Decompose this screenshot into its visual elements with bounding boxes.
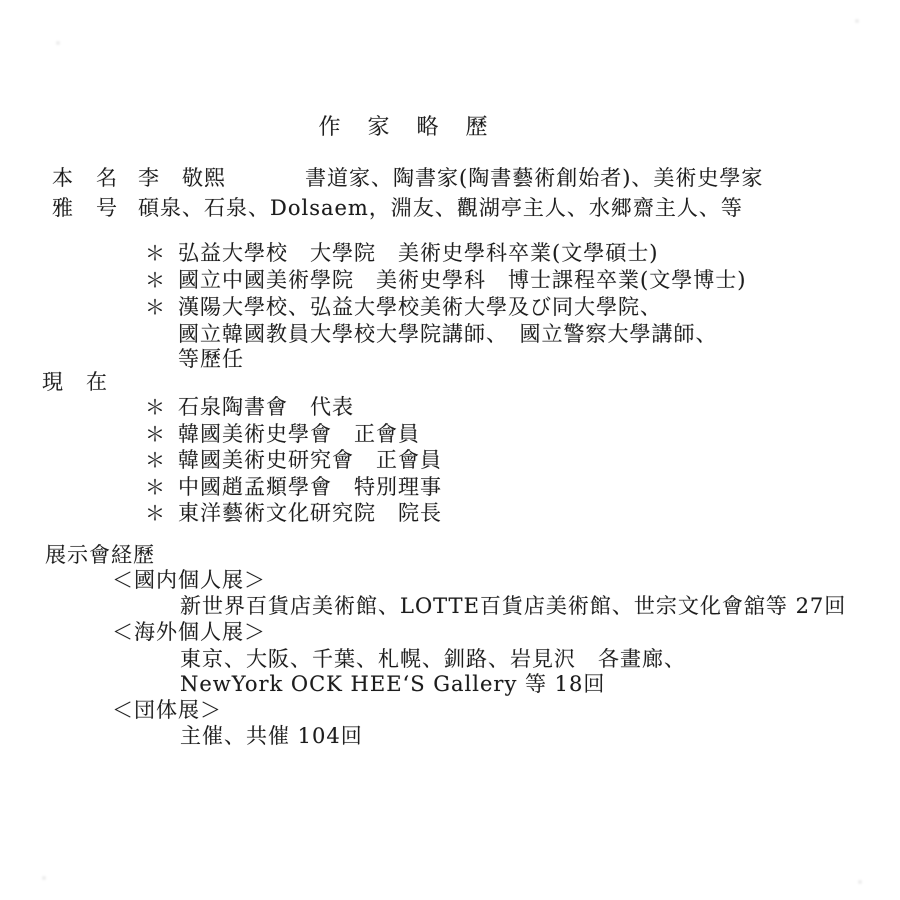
asterisk-bullet: ＊ — [145, 394, 178, 420]
exhibition-line: 東京、大阪、千葉、札幌、釧路、岩見沢 各畫廊、 — [180, 646, 686, 672]
current-item-text: 東洋藝術文化研究院 院長 — [178, 501, 442, 525]
asterisk-bullet: ＊ — [145, 421, 178, 447]
education-item-text: 漢陽大學校、弘益大學校美術大學及び同大學院、 — [178, 295, 662, 319]
pen-name-label: 雅 号 — [52, 192, 118, 222]
pen-name-value: 碩泉、石泉、Dolsaem，淵友、觀湖亭主人、水郷齋主人、等 — [138, 192, 743, 222]
current-item-text: 韓國美術史學會 正會員 — [178, 422, 420, 446]
current-item-text: 韓國美術史研究會 正會員 — [178, 448, 442, 472]
asterisk-bullet: ＊ — [145, 267, 178, 293]
education-continuation: 等歷任 — [178, 346, 244, 372]
exhibition-line: NewYork OCK HEE‘S Gallery 等 18回 — [180, 671, 605, 697]
exhibition-line: 新世界百貨店美術館、LOTTE百貨店美術館、世宗文化會舘等 27回 — [180, 593, 846, 619]
scan-artifact — [855, 19, 859, 23]
education-item-text: 弘益大學校 大學院 美術史學科卒業(文學碩士) — [178, 241, 658, 265]
page-title: 作 家 略 歷 — [0, 110, 816, 141]
scan-artifact — [42, 876, 46, 880]
real-name-value: 李 敬熙 — [138, 162, 226, 192]
scan-artifact — [56, 41, 60, 45]
exhibitions-heading: 展示會経歷 — [45, 542, 155, 568]
real-name-row: 本 名 李 敬熙 書道家、陶書家(陶書藝術創始者)、美術史學家 — [0, 162, 900, 190]
asterisk-bullet: ＊ — [145, 474, 178, 500]
real-name-roles: 書道家、陶書家(陶書藝術創始者)、美術史學家 — [305, 162, 763, 192]
exhibition-group-label-overseas: ＜海外個人展＞ — [112, 619, 266, 645]
exhibition-group-label-group-shows: ＜団体展＞ — [112, 697, 222, 723]
current-item-text: 石泉陶書會 代表 — [178, 395, 354, 419]
education-item: ＊漢陽大學校、弘益大學校美術大學及び同大學院、 — [145, 294, 662, 320]
document-page: 作 家 略 歷 本 名 李 敬熙 書道家、陶書家(陶書藝術創始者)、美術史學家 … — [0, 0, 900, 900]
education-item: ＊國立中國美術學院 美術史學科 博士課程卒業(文學博士) — [145, 267, 746, 293]
scan-artifact — [858, 880, 862, 884]
exhibition-line: 主催、共催 104回 — [180, 723, 363, 749]
current-item: ＊東洋藝術文化研究院 院長 — [145, 500, 442, 526]
asterisk-bullet: ＊ — [145, 447, 178, 473]
education-item-text: 國立中國美術學院 美術史學科 博士課程卒業(文學博士) — [178, 268, 746, 292]
exhibition-group-label-domestic: ＜國内個人展＞ — [112, 567, 266, 593]
current-item: ＊石泉陶書會 代表 — [145, 394, 354, 420]
current-item: ＊中國趙孟頫學會 特別理事 — [145, 474, 442, 500]
current-heading: 現 在 — [42, 369, 108, 395]
current-item: ＊韓國美術史學會 正會員 — [145, 421, 420, 447]
current-item-text: 中國趙孟頫學會 特別理事 — [178, 475, 442, 499]
real-name-label: 本 名 — [52, 162, 118, 192]
education-item: ＊弘益大學校 大學院 美術史學科卒業(文學碩士) — [145, 240, 658, 266]
asterisk-bullet: ＊ — [145, 240, 178, 266]
education-continuation: 國立韓國教員大學校大學院講師、 國立警察大學講師、 — [178, 321, 718, 347]
asterisk-bullet: ＊ — [145, 294, 178, 320]
pen-name-row: 雅 号 碩泉、石泉、Dolsaem，淵友、觀湖亭主人、水郷齋主人、等 — [0, 192, 900, 220]
current-item: ＊韓國美術史研究會 正會員 — [145, 447, 442, 473]
asterisk-bullet: ＊ — [145, 500, 178, 526]
